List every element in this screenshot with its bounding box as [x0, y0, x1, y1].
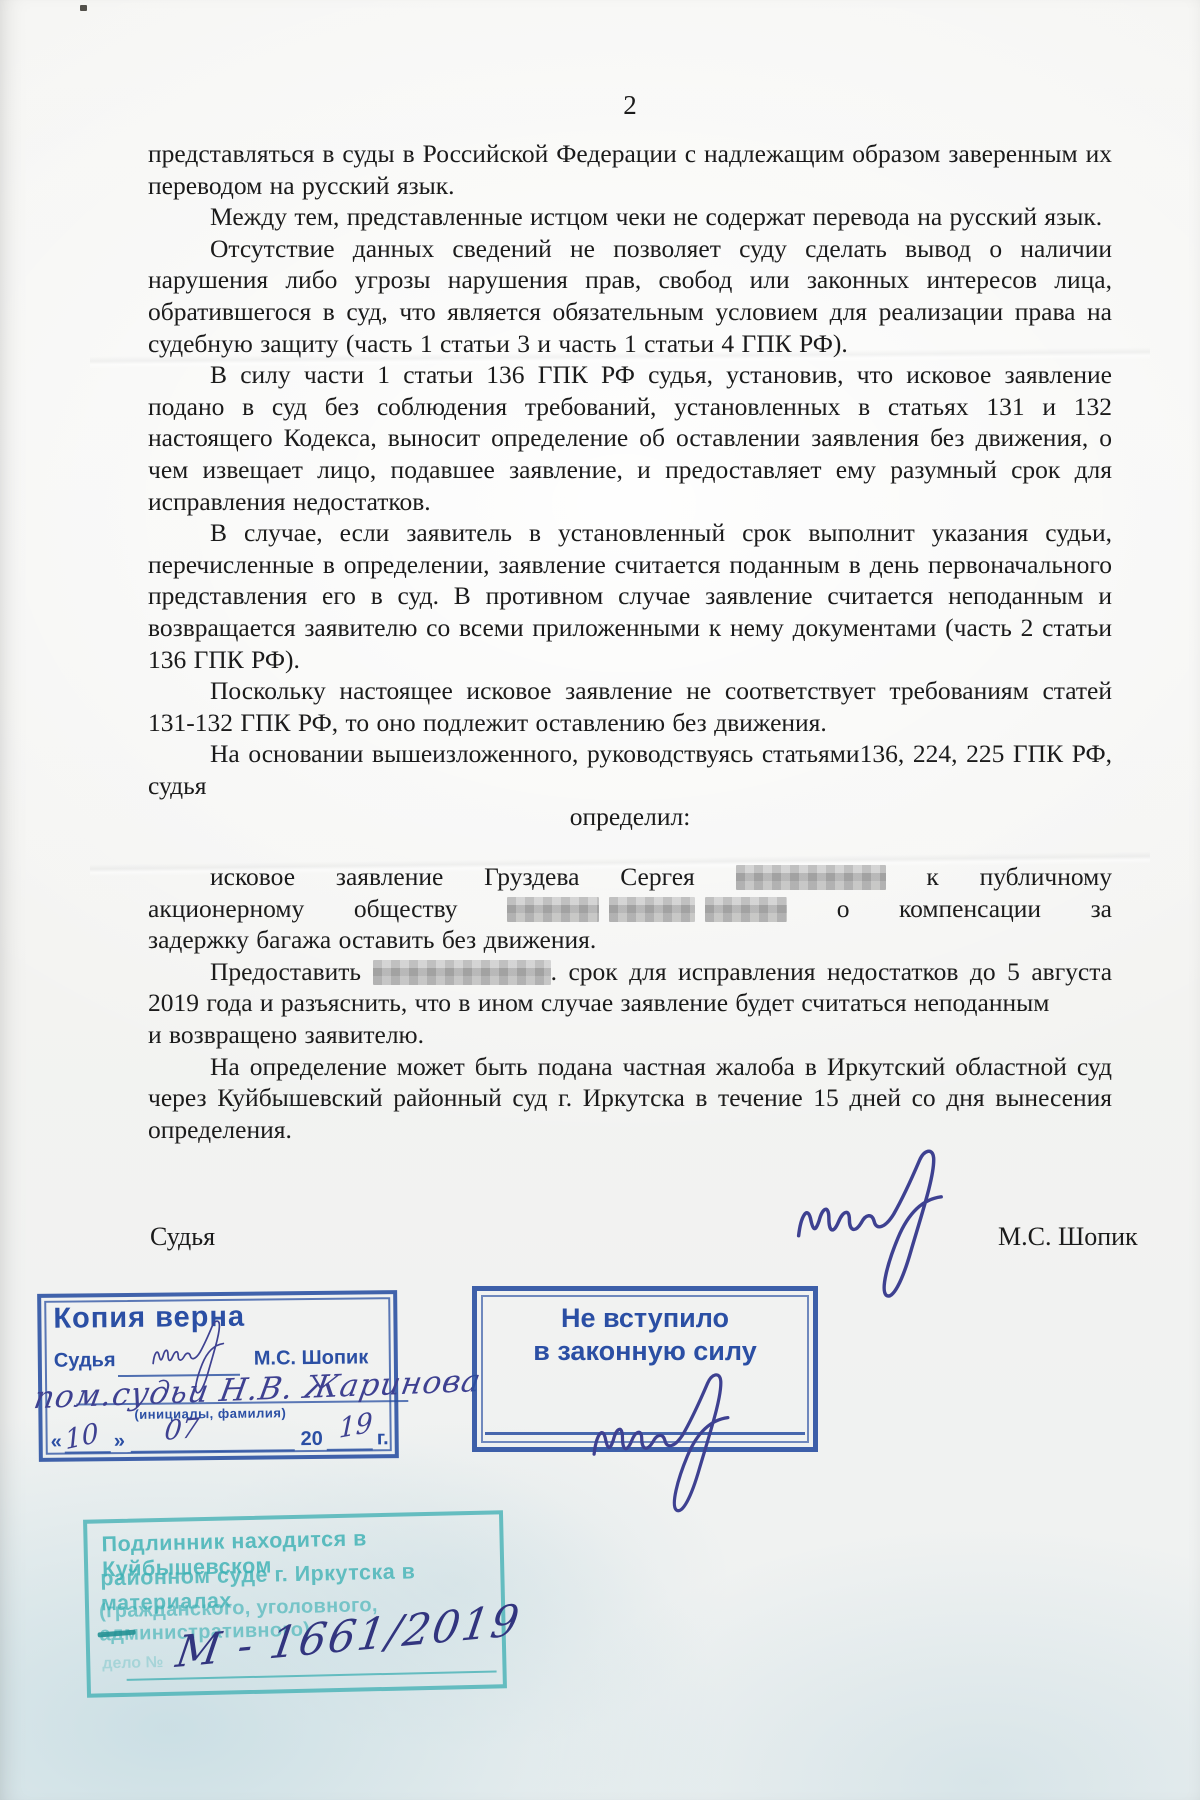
stamp-copy-certified: Копия верна Судья М.С. Шопик (инициалы, …	[37, 1290, 399, 1462]
ruling-text: к публичному	[926, 862, 1112, 891]
paragraph: В случае, если заявитель в установленный…	[148, 517, 1112, 675]
judge-name: М.С. Шопик	[998, 1222, 1138, 1252]
stamp-text: Не вступило	[477, 1303, 813, 1334]
ruling-text: о компенсации за	[837, 894, 1112, 923]
ruling-text: и возвращено заявителю.	[148, 1020, 424, 1049]
ruling-text: .	[551, 957, 557, 986]
stamp-faint-label: дело №	[102, 1654, 163, 1673]
paragraph: Между тем, представленные истцом чеки не…	[148, 201, 1112, 233]
year-suffix: г.	[377, 1427, 389, 1450]
ruling-text: Предоставить	[210, 957, 361, 986]
document-body: представляться в суды в Российской Федер…	[148, 138, 1112, 1145]
redaction-block	[507, 897, 599, 922]
quote-close: »	[114, 1430, 125, 1453]
paragraph: представляться в суды в Российской Федер…	[148, 138, 1112, 201]
date-blank	[131, 1425, 295, 1453]
ruling-line: 2019 года и разъяснить, что в ином случа…	[148, 987, 1112, 1019]
ruling-text: срок для исправления недостатков до 5 ав…	[568, 957, 1112, 986]
ruling-text: задержку багажа оставить без движения.	[148, 925, 596, 954]
ruling-text: акционерному обществу	[148, 894, 458, 923]
paragraph: В силу части 1 статьи 136 ГПК РФ судья, …	[148, 359, 1112, 517]
stamp-original-location: Подлинник находится в Куйбышевском район…	[83, 1510, 507, 1697]
quote-open: «	[51, 1431, 62, 1454]
ruling-line: и возвращено заявителю.	[148, 1019, 1112, 1051]
judge-label: Судья	[150, 1222, 215, 1252]
handwritten-month: 07	[163, 1413, 200, 1447]
ruling-line: акционерному обществу о компенсации за	[148, 893, 1112, 925]
redaction-group: .	[373, 957, 557, 986]
ruling-header: определил:	[148, 801, 1112, 833]
ruling-line: исковое заявление Груздева Сергея к публ…	[148, 861, 1112, 893]
year-prefix: 20	[300, 1428, 322, 1451]
redaction-block	[373, 960, 551, 985]
paragraph: На определение может быть подана частная…	[148, 1051, 1112, 1146]
paragraph: На основании вышеизложенного, руководств…	[148, 738, 1112, 801]
scanned-court-document-page: 2 представляться в суды в Российской Фед…	[0, 0, 1200, 1800]
scan-speck	[80, 5, 87, 11]
ruling-text: 2019 года и разъяснить, что в ином случа…	[148, 988, 1049, 1017]
judge-signature	[762, 1145, 980, 1307]
paragraph: Отсутствие данных сведений не позволяет …	[148, 233, 1112, 359]
redaction-block	[705, 897, 787, 922]
stamp-not-in-force: Не вступило в законную силу	[472, 1286, 818, 1452]
ruling-line: задержку багажа оставить без движения.	[148, 924, 1112, 956]
ruling-text: исковое заявление Груздева Сергея	[210, 862, 695, 891]
handwritten-year: 19	[338, 1407, 373, 1445]
paragraph: Поскольку настоящее исковое заявление не…	[148, 675, 1112, 738]
ruling-line: Предоставить . срок для исправления недо…	[148, 956, 1112, 988]
redaction-block	[736, 865, 886, 890]
spacer	[148, 833, 1112, 861]
judge-signature-stamp	[543, 1369, 781, 1521]
redaction-group	[507, 894, 787, 923]
redaction-block	[609, 897, 695, 922]
page-number: 2	[148, 90, 1112, 121]
stamp-text: в законную силу	[477, 1336, 813, 1367]
